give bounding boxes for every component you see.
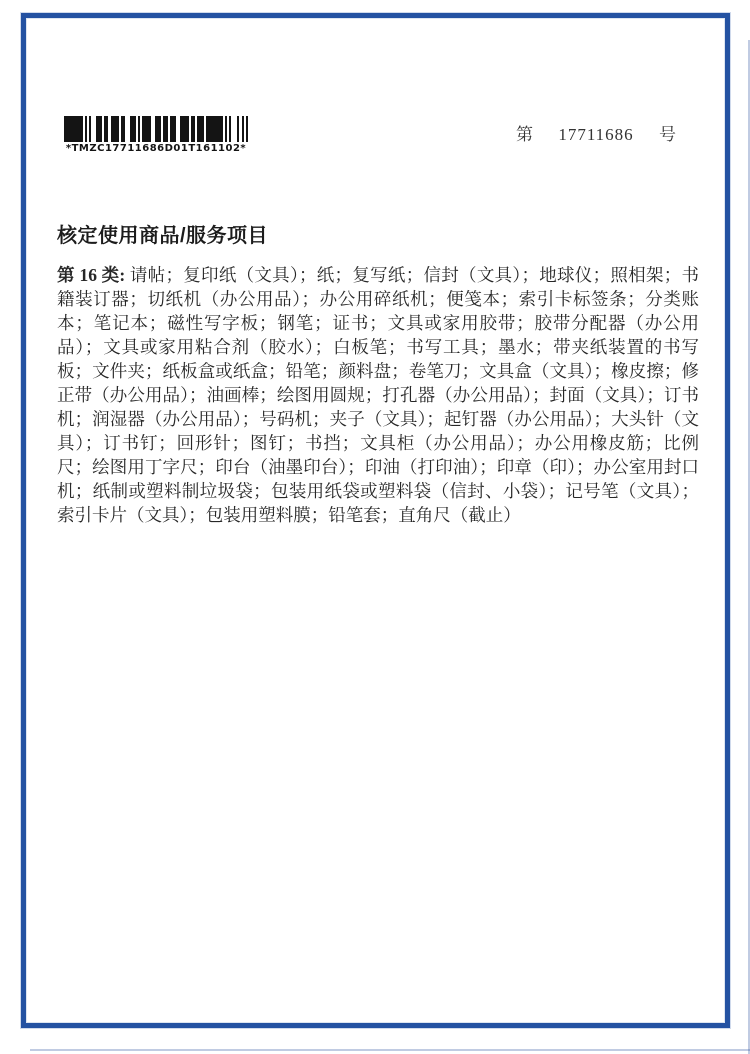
goods-section-heading: 核定使用商品/服务项目 [57,219,268,248]
page-edge-line-bottom [30,1049,750,1051]
goods-paragraph: 第 16 类: 请帖；复印纸（文具）；纸；复写纸；信封（文具）；地球仪；照相架；… [57,263,699,527]
registration-number-value: 17711686 [558,125,633,145]
goods-items-text: 请帖；复印纸（文具）；纸；复写纸；信封（文具）；地球仪；照相架；书籍装订器；切纸… [57,265,699,525]
barcode-text: *TMZC17711686D01T161102* [64,143,248,154]
goods-class-label: 第 16 类: [57,265,125,285]
registration-number: 第 17711686 号 [516,120,676,145]
barcode: *TMZC17711686D01T161102* [64,116,248,154]
registration-number-prefix: 第 [516,120,533,145]
barcode-bars [64,116,248,142]
registration-number-suffix: 号 [659,120,676,145]
certificate-page: { "document": { "barcode": { "text": "*T… [0,0,750,1054]
